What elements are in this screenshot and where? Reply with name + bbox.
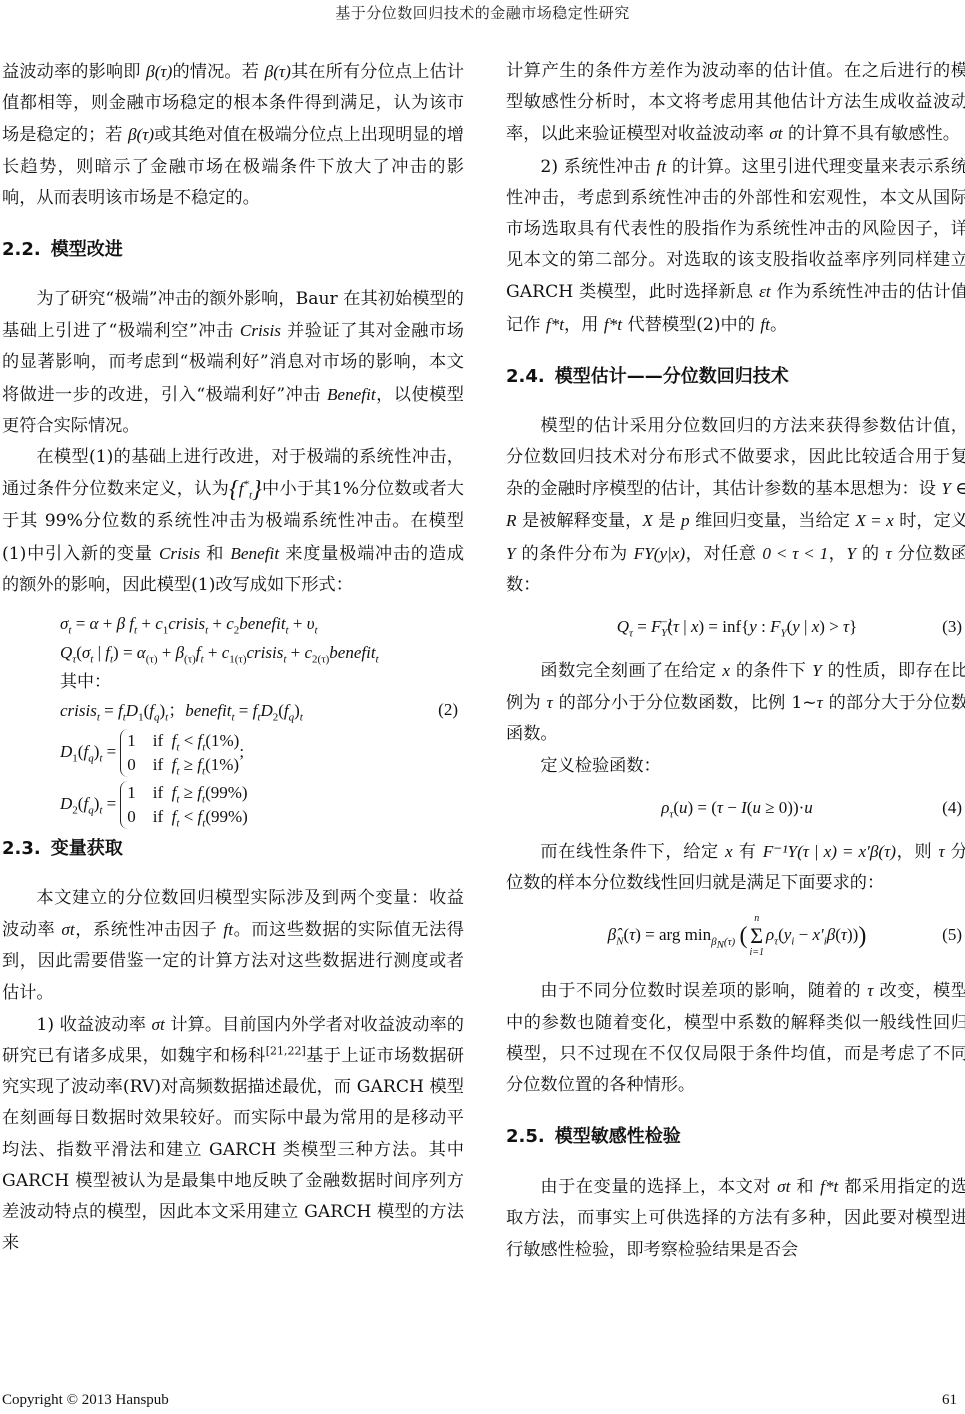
section-heading-2-2: 2.2.模型改进	[2, 236, 464, 264]
paragraph: 由于在变量的选择上，本文对 σt 和 f*t 都采用指定的选取方法，而事实上可供…	[506, 1171, 965, 1266]
paragraph: 模型的估计采用分位数回归的方法来获得参数估计值，分位数回归技术对分布形式不做要求…	[506, 411, 965, 601]
beta-tau: β(τ)	[146, 62, 172, 81]
paragraph: 由于不同分位数时误差项的影响，随着的 τ 改变，模型中的参数也随着变化，模型中系…	[506, 975, 965, 1101]
equation-2: σt = α + β ft + c1crisist + c2benefitt +…	[2, 609, 464, 829]
paragraph: 2) 系统性冲击 ft 的计算。这里引进代理变量来表示系统性冲击，考虑到系统性冲…	[506, 151, 965, 341]
paragraph: 在模型(1)的基础上进行改进，对于极端的系统性冲击，通过条件分位数来定义，认为{…	[2, 442, 464, 601]
paragraph: 计算产生的条件方差作为波动率的估计值。在之后进行的模型敏感性分析时，本文将考虑用…	[506, 56, 965, 151]
right-column: 计算产生的条件方差作为波动率的估计值。在之后进行的模型敏感性分析时，本文将考虑用…	[506, 56, 965, 1266]
left-column: 益波动率的影响即 β(τ)的情况。若 β(τ)其在所有分位点上估计值都相等，则金…	[2, 56, 464, 1259]
page-number: 61	[942, 1392, 957, 1409]
paragraph: 而在线性条件下，给定 x 有 F⁻¹Y(τ | x) = x′β(τ)，则 τ …	[506, 836, 965, 899]
equation-4: ρτ(u) = (τ − I(u ≥ 0))·u (4)	[506, 792, 965, 824]
running-title: 基于分位数回归技术的金融市场稳定性研究	[0, 2, 965, 23]
intro-paragraph: 益波动率的影响即 β(τ)的情况。若 β(τ)其在所有分位点上估计值都相等，则金…	[2, 56, 464, 214]
equation-5: β̂N(τ) = arg minβN(τ) (nΣi=1ρτ(yi − x′iβ…	[506, 913, 965, 959]
section-heading-2-3: 2.3.变量获取	[2, 835, 464, 863]
paragraph: 本文建立的分位数回归模型实际涉及到两个变量：收益波动率 σt，系统性冲击因子 f…	[2, 883, 464, 1009]
paragraph: 为了研究“极端”冲击的额外影响，Baur 在其初始模型的基础上引进了“极端利空”…	[2, 284, 464, 442]
equation-3: Qτ = F−1Y(τ | x) = inf{y : FY(y | x) > τ…	[506, 611, 965, 643]
paragraph: 函数完全刻画了在给定 x 的条件下 Y 的性质，即存在比例为 τ 的部分小于分位…	[506, 655, 965, 751]
paragraph: 定义检验函数：	[506, 751, 965, 782]
section-heading-2-5: 2.5.模型敏感性检验	[506, 1123, 965, 1151]
paragraph: 1) 收益波动率 σt 计算。目前国内外学者对收益波动率的研究已有诸多成果，如魏…	[2, 1009, 464, 1260]
equation-number: (2)	[438, 695, 458, 724]
citation[interactable]: [21,22]	[266, 1044, 306, 1057]
copyright: Copyright © 2013 Hanspub	[2, 1392, 169, 1409]
section-heading-2-4: 2.4.模型估计——分位数回归技术	[506, 363, 965, 391]
